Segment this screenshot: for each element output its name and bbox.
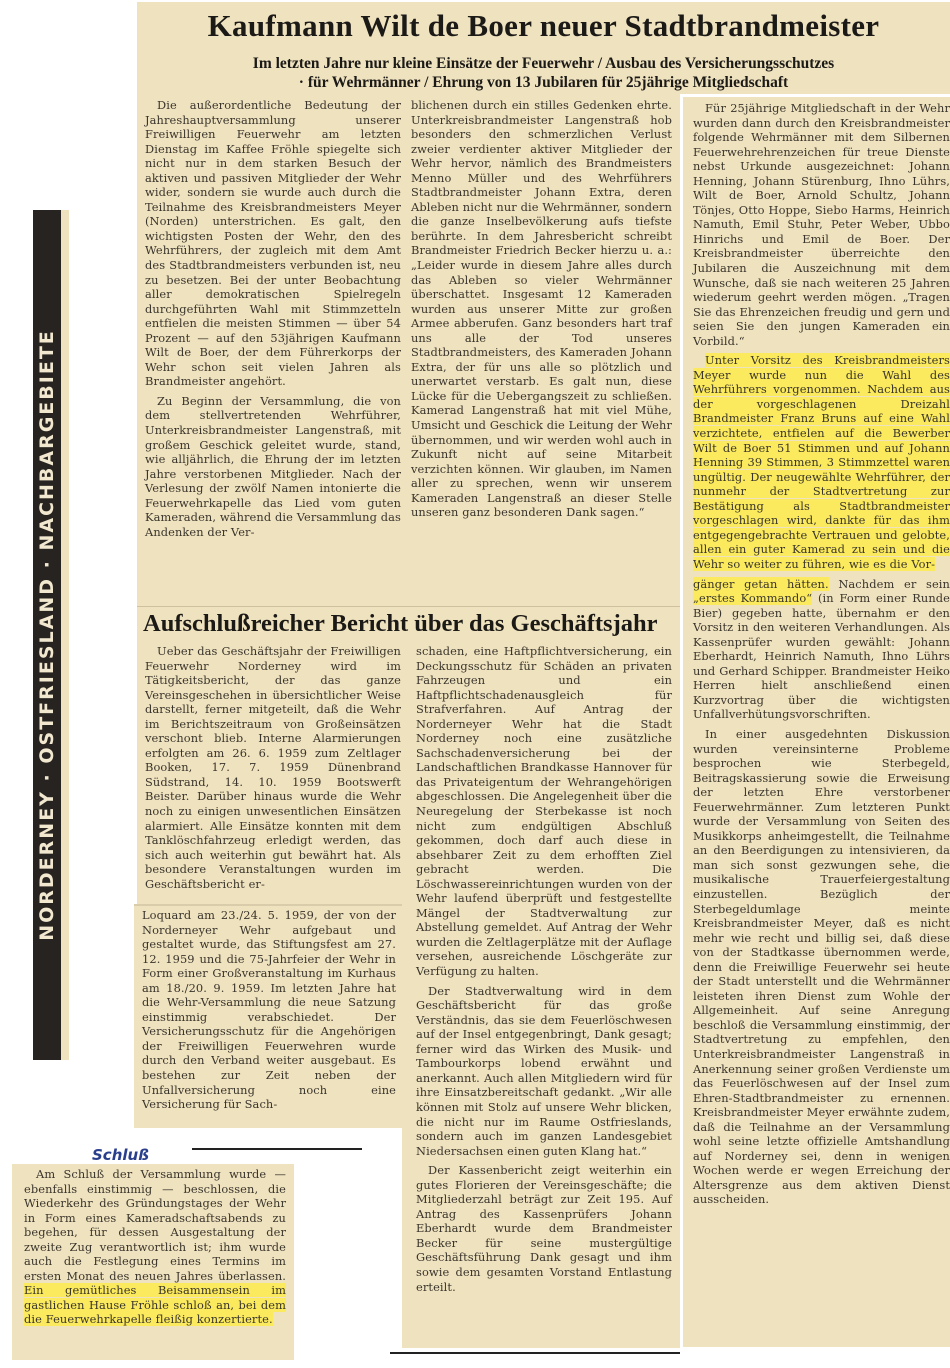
paragraph: Ueber das Geschäftsjahr der Freiwilligen… [145, 644, 401, 891]
article-headline: Kaufmann Wilt de Boer neuer Stadtbrandme… [145, 8, 942, 44]
paragraph: gänger getan hätten. Nachdem er sein „er… [693, 577, 950, 722]
article1-column-3: Für 25jährige Mitgliedschaft in der Wehr… [680, 97, 950, 1347]
paragraph: schaden, eine Haftpflichtversicherung, e… [416, 644, 672, 979]
section-label: NORDERNEY · OSTFRIESLAND · NACHBARGEBIET… [36, 329, 58, 941]
divider-line [192, 1148, 362, 1150]
article2-column-1b: Loquard am 23./24. 5. 1959, der von der … [134, 904, 402, 1128]
article-subhead-2: · für Wehrmänner / Ehrung von 13 Jubilar… [145, 73, 942, 92]
paragraph: Der Stadtverwaltung wird in dem Geschäft… [416, 984, 672, 1159]
divider-line [390, 1352, 680, 1354]
closing-clipping: Am Schluß der Versammlung wurde — ebenfa… [12, 1164, 294, 1360]
paragraph: In einer ausgedehnten Diskussion wurden … [693, 727, 950, 1207]
section-label-strip: NORDERNEY · OSTFRIESLAND · NACHBARGEBIET… [33, 210, 69, 1060]
paragraph: Die außerordentliche Bedeutung der Jahre… [145, 98, 401, 389]
article2-headline: Aufschlußreicher Bericht über das Geschä… [143, 609, 674, 639]
highlighted-paragraph: Unter Vorsitz des Kreisbrandmeisters Mey… [693, 353, 950, 571]
paragraph: Der Kassenbericht zeigt weiterhin ein gu… [416, 1163, 672, 1294]
handwritten-note: Schluß [92, 1146, 149, 1164]
article-subhead-1: Im letzten Jahre nur kleine Einsätze der… [145, 54, 942, 73]
paragraph: Am Schluß der Versammlung wurde — ebenfa… [24, 1167, 286, 1327]
highlight: Unter Vorsitz des Kreisbrandmeisters Mey… [693, 353, 950, 571]
paragraph: blichenen durch ein stilles Gedenken ehr… [411, 98, 672, 520]
paragraph: Für 25jährige Mitgliedschaft in der Wehr… [693, 101, 950, 348]
article1-column-1: Die außerordentliche Bedeutung der Jahre… [137, 94, 405, 606]
article2-column-2: schaden, eine Haftpflichtversicherung, e… [402, 642, 680, 1348]
paragraph: Zu Beginn der Versammlung, die von dem s… [145, 394, 401, 539]
article1-column-2: blichenen durch ein stilles Gedenken ehr… [405, 94, 680, 606]
article2-headline-box: Aufschlußreicher Bericht über das Geschä… [137, 606, 680, 642]
headline-clipping: Kaufmann Wilt de Boer neuer Stadtbrandme… [137, 2, 950, 94]
highlight: Ein gemütliches Beisammensein im gastlic… [24, 1283, 286, 1326]
article2-column-1a: Ueber das Geschäftsjahr der Freiwilligen… [137, 642, 405, 904]
paragraph: Loquard am 23./24. 5. 1959, der von der … [142, 908, 396, 1112]
